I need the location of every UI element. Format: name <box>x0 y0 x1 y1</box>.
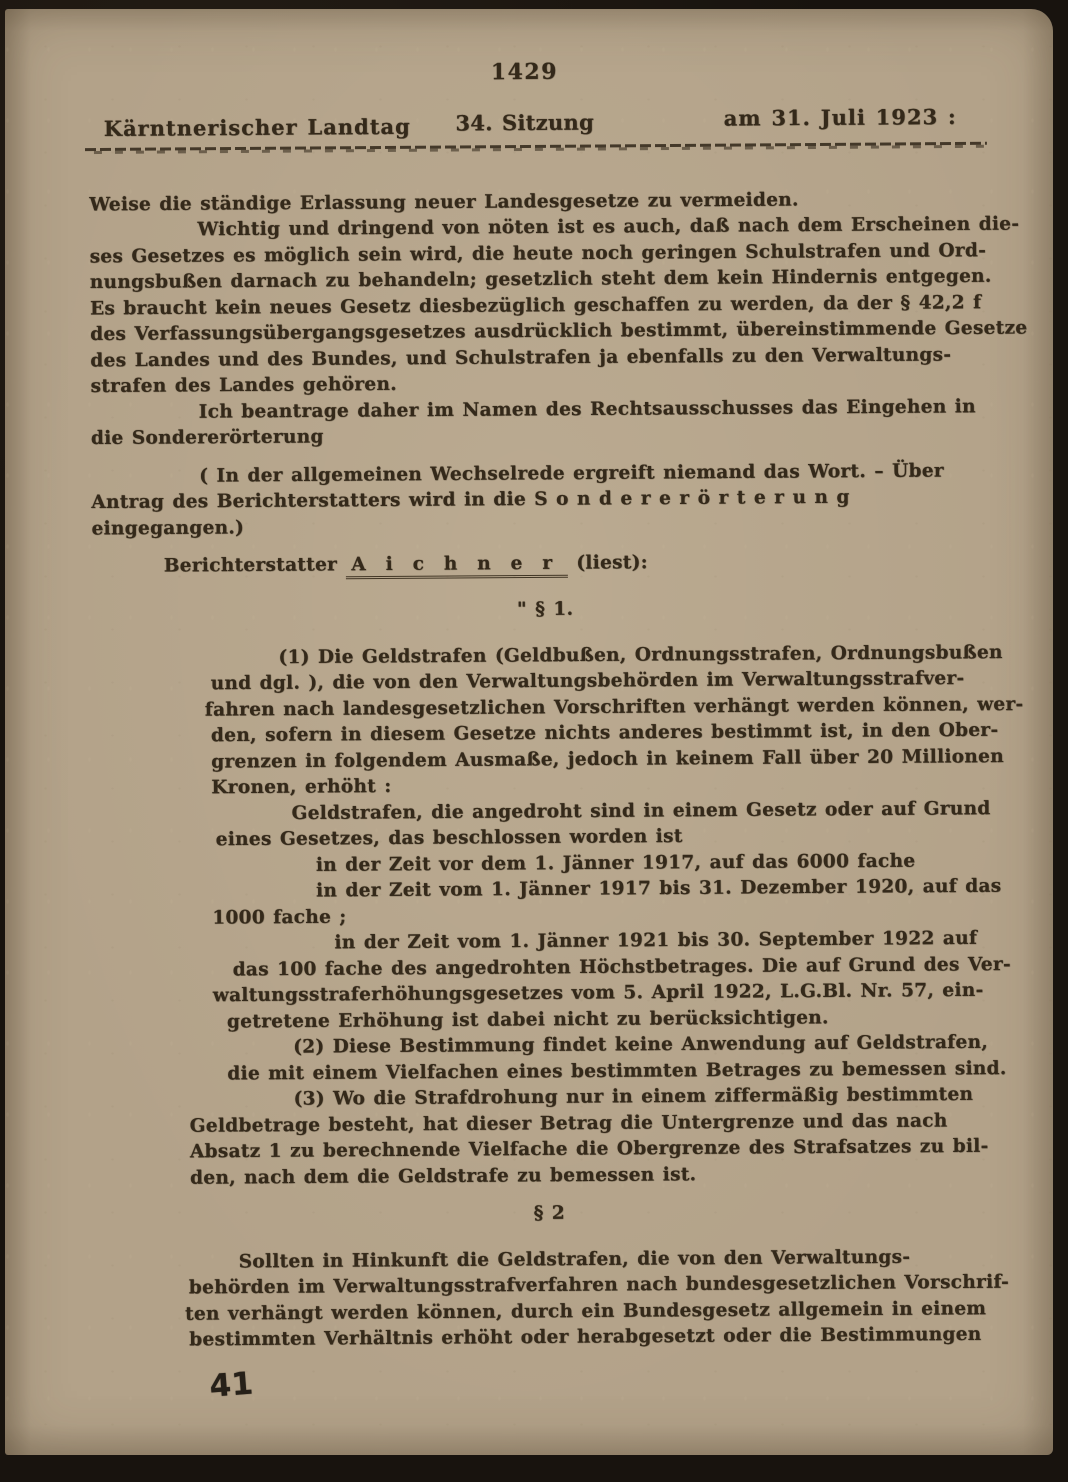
page-content: 1429 Kärntnerischer Landtag 34. Sitzung … <box>0 5 1058 1458</box>
reporter-line: Berichterstatter A i c h n e r (liest): <box>92 548 998 580</box>
text-block: Berichterstatter A i c h n e r (liest): <box>92 548 998 580</box>
handwritten-page-number: 41 <box>208 1365 254 1404</box>
text-line: eingegangen.) <box>91 510 997 542</box>
reporter-prefix: Berichterstatter <box>164 554 346 576</box>
paper: 1429 Kärntnerischer Landtag 34. Sitzung … <box>5 9 1053 1455</box>
section-heading: " § 1. <box>92 594 998 626</box>
document-body: Weise die ständige Erlassung neuer Lande… <box>89 186 1003 1354</box>
text-block: Sollten in Hinkunft die Geldstrafen, die… <box>97 1244 1004 1354</box>
text-block: ( In der allgemeinen Wechselrede ergreif… <box>91 458 998 542</box>
text-line: den, nach dem die Geldstrafe zu bemessen… <box>96 1160 1002 1192</box>
reporter-name: A i c h n e r <box>345 553 568 580</box>
header-date: am 31. Juli 1923 : <box>724 104 957 131</box>
text-block: (1) Die Geldstrafen (Geldbußen, Ordnungs… <box>92 640 1002 1192</box>
text-block: " § 1. <box>92 594 998 626</box>
page-header: Kärntnerischer Landtag 34. Sitzung am 31… <box>1 106 1049 143</box>
section-heading: § 2 <box>96 1198 1002 1230</box>
text-block: § 2 <box>96 1198 1002 1230</box>
header-divider <box>85 142 987 154</box>
reporter-suffix: (liest): <box>568 552 648 574</box>
text-block: Weise die ständige Erlassung neuer Lande… <box>89 186 997 452</box>
page-number: 1429 <box>0 55 1048 88</box>
